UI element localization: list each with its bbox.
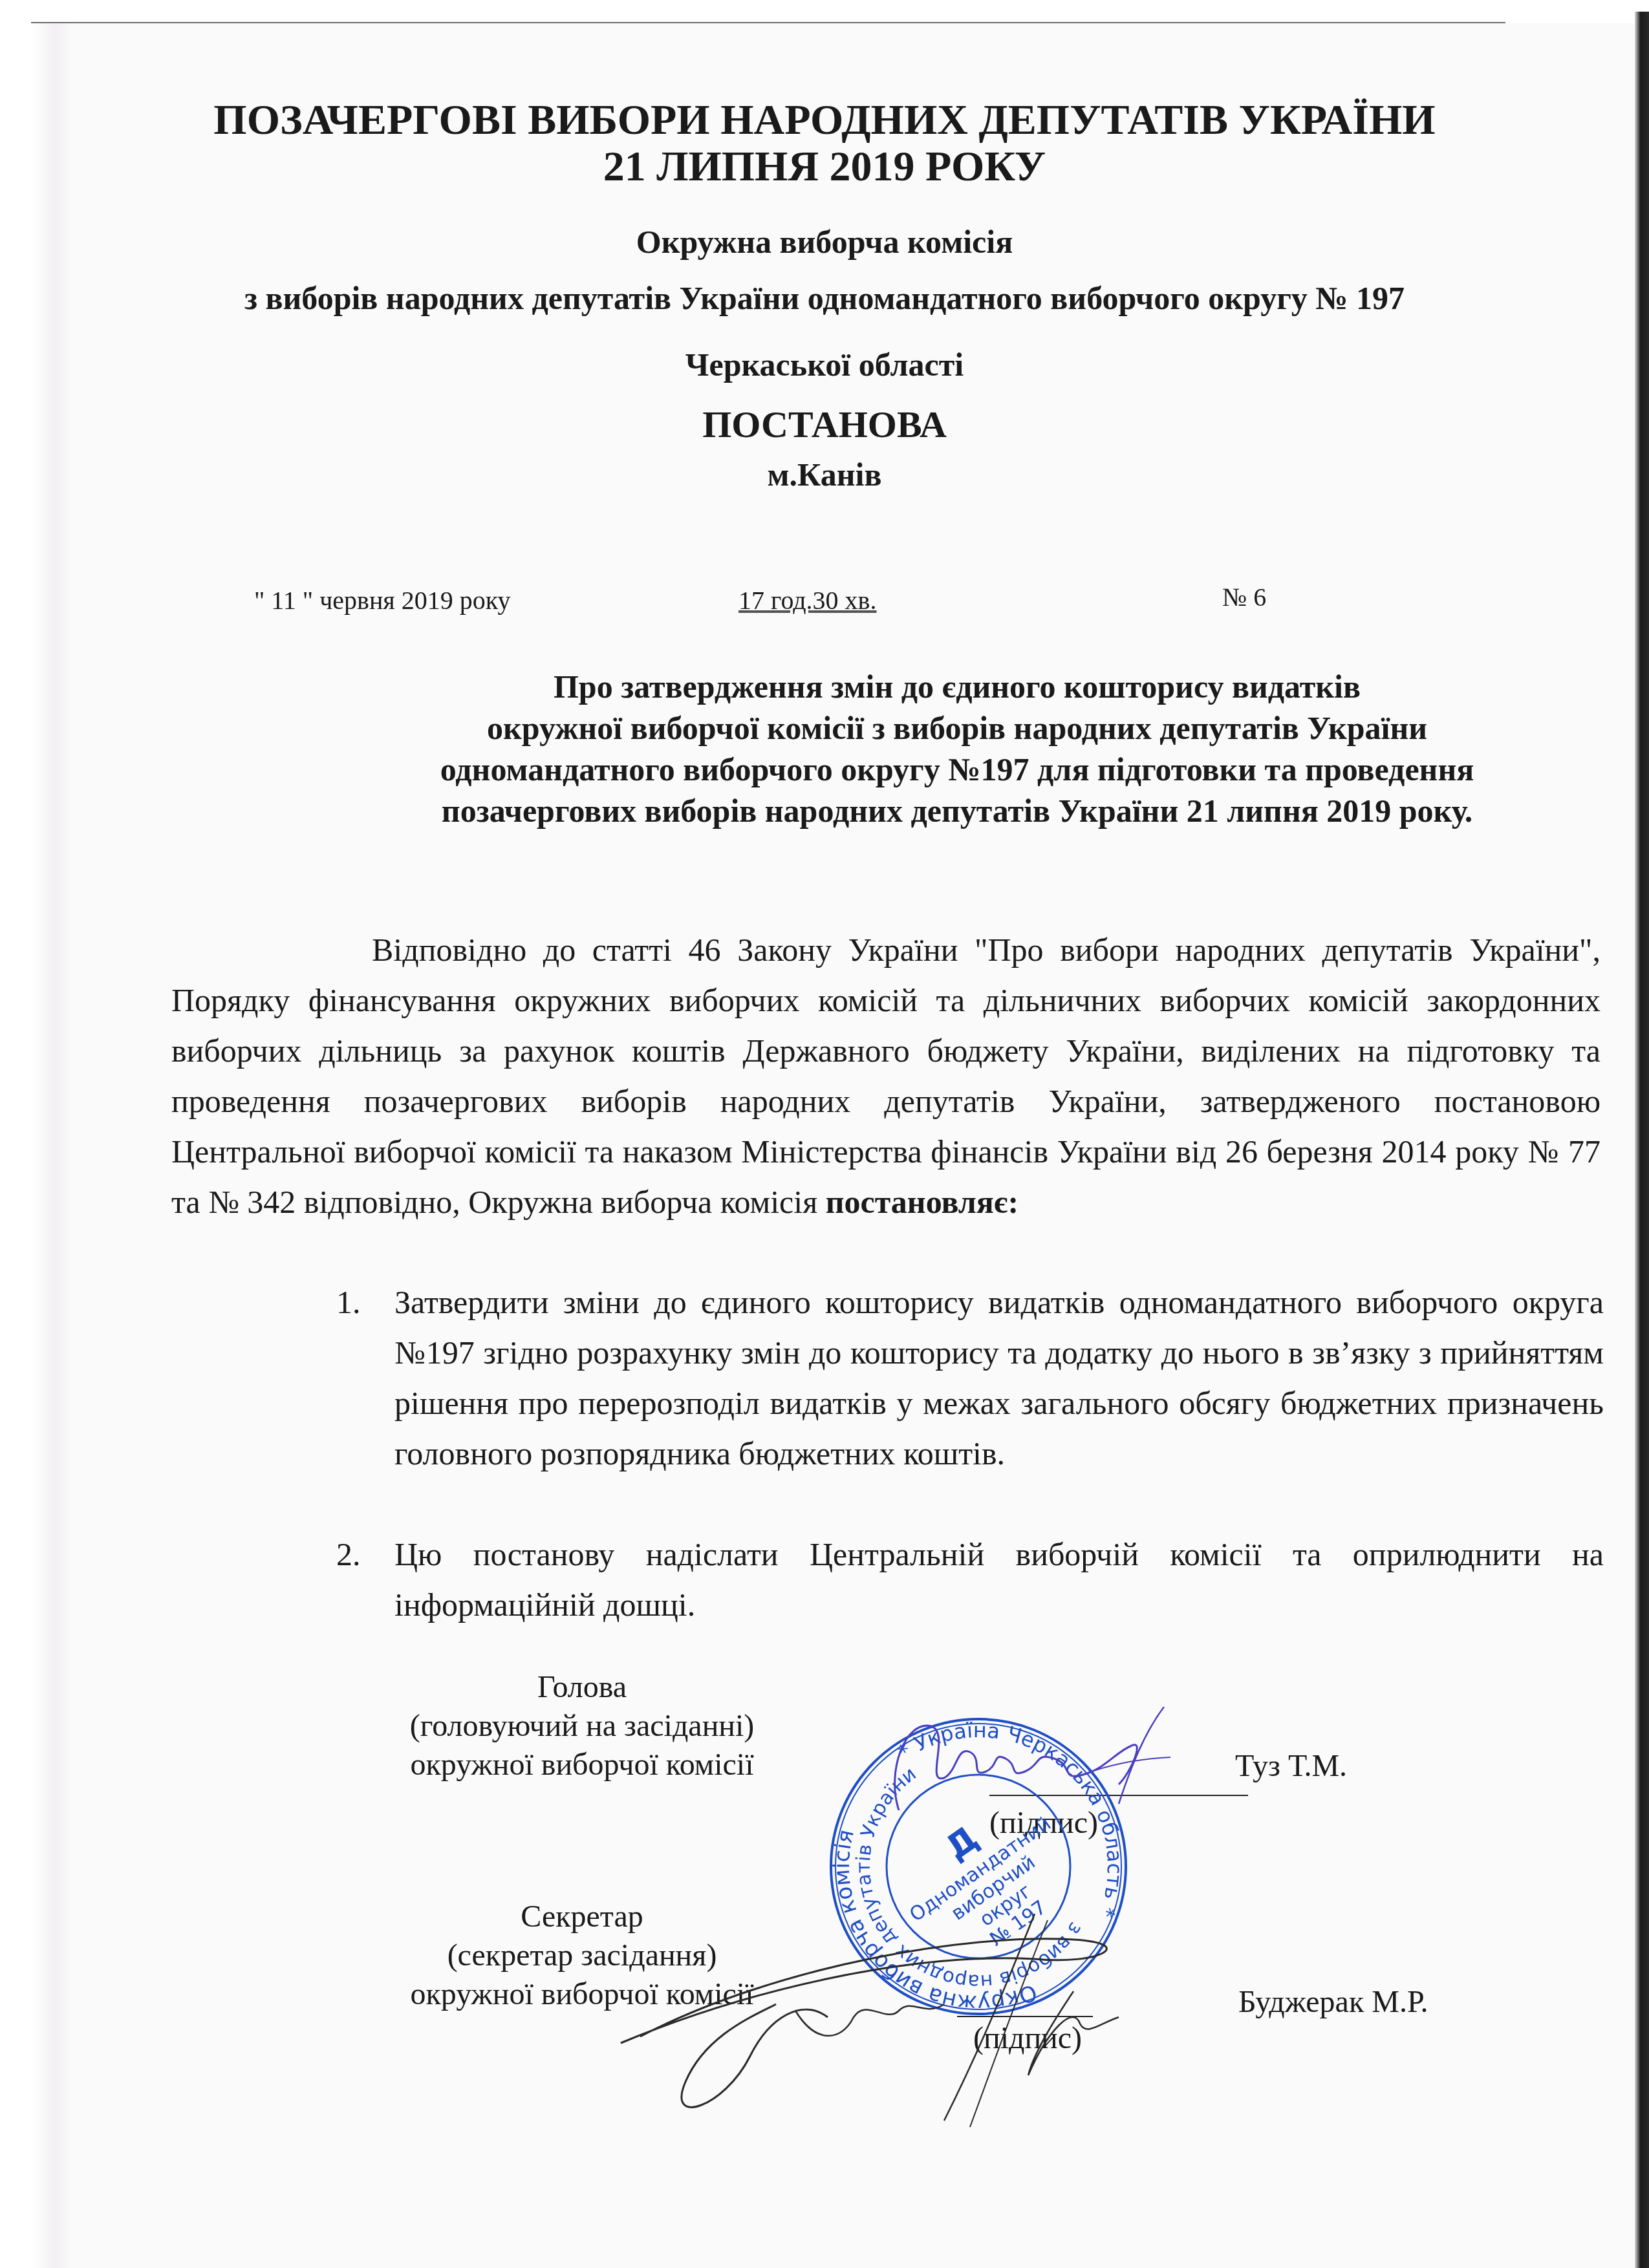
secretary-name: Буджерак М.Р.	[1238, 1983, 1428, 2022]
chair-title: Голова	[349, 1668, 815, 1707]
document-type: ПОСТАНОВА	[0, 404, 1649, 445]
resolution-text: Цю постанову надіслати Центральній вибор…	[394, 1536, 1604, 1623]
resolution-number: 2.	[336, 1529, 361, 1579]
resolution-number: 1.	[336, 1277, 361, 1327]
chair-subtitle: (головуючий на засіданні)	[349, 1707, 815, 1746]
document-time: 17 год.30 хв.	[738, 585, 877, 616]
subject-line-2: окружної виборчої комісії з виборів наро…	[310, 707, 1604, 749]
subject-line-4: позачергових виборів народних депутатів …	[310, 790, 1604, 831]
preamble-text: Відповідно до статті 46 Закону України "…	[171, 932, 1600, 1220]
secretary-handwritten-signature	[582, 1914, 1229, 2134]
document-subject: Про затвердження змін до єдиного коштори…	[310, 666, 1604, 831]
election-title: ПОЗАЧЕРГОВІ ВИБОРИ НАРОДНИХ ДЕПУТАТІВ УК…	[0, 97, 1649, 144]
subject-line-3: одномандатного виборчого округу №197 для…	[310, 749, 1604, 790]
document-number: № 6	[1222, 582, 1266, 613]
commission-district: з виборів народних депутатів України одн…	[0, 279, 1649, 317]
chair-body: окружної виборчої комісії	[349, 1746, 815, 1784]
preamble-paragraph: Відповідно до статті 46 Закону України "…	[171, 925, 1600, 1227]
resolves-word: постановляє:	[826, 1184, 1018, 1220]
commission-name: Окружна виборча комісія	[0, 223, 1649, 261]
region-name: Черкаської області	[0, 346, 1649, 383]
document-date: " 11 " червня 2019 року	[254, 585, 511, 616]
chair-title-block: Голова (головуючий на засіданні) окружно…	[349, 1668, 815, 1784]
subject-line-1: Про затвердження змін до єдиного коштори…	[310, 666, 1604, 707]
resolution-item: 1. Затвердити зміни до єдиного кошторису…	[336, 1277, 1604, 1479]
resolution-item: 2. Цю постанову надіслати Центральній ви…	[336, 1529, 1604, 1630]
resolution-text: Затвердити зміни до єдиного кошторису ви…	[394, 1284, 1604, 1471]
city-name: м.Канів	[0, 456, 1649, 493]
chair-handwritten-signature	[860, 1707, 1183, 1823]
resolutions-list: 1. Затвердити зміни до єдиного кошторису…	[336, 1277, 1604, 1680]
election-date-title: 21 ЛИПНЯ 2019 РОКУ	[0, 144, 1649, 190]
chair-name: Туз Т.М.	[1235, 1747, 1347, 1786]
